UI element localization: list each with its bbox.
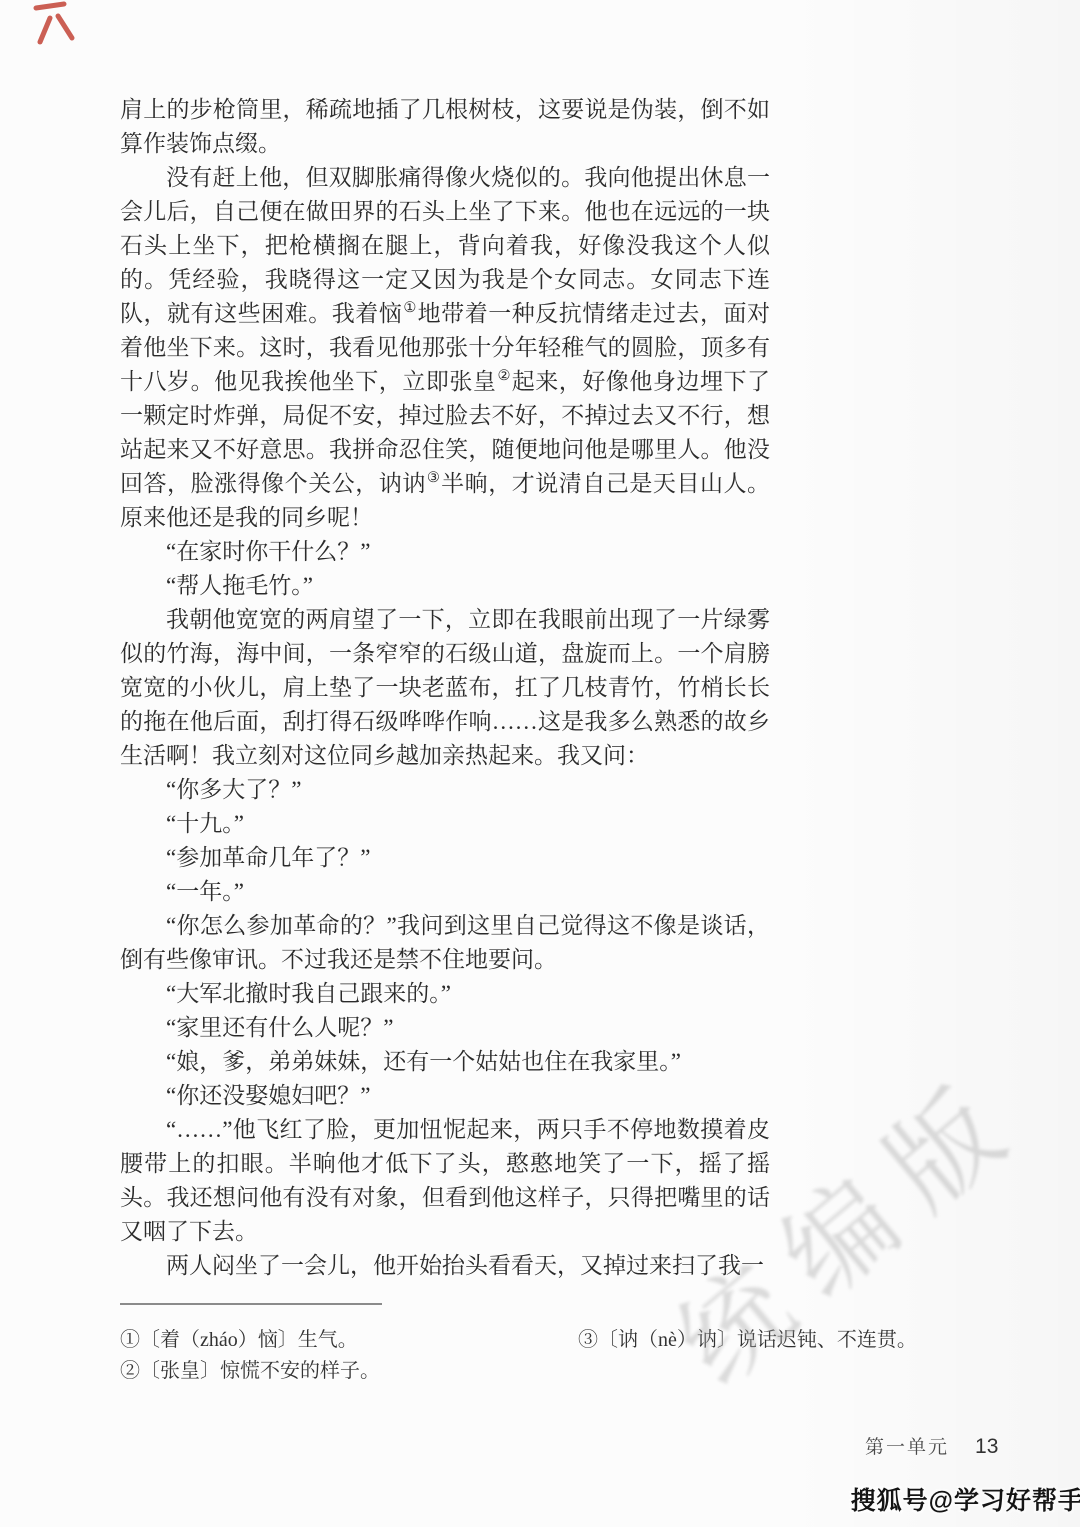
- paragraph: “……”他飞红了脸，更加忸怩起来，两只手不停地数摸着皮腰带上的扣眼。半晌他才低下…: [120, 1113, 770, 1249]
- dialog-line: “你多大了？”: [120, 773, 770, 807]
- lesson-body: 肩上的步枪筒里，稀疏地插了几根树枝，这要说是伪装，倒不如算作装饰点缀。 没有赶上…: [120, 93, 770, 1283]
- textbook-page: 肩上的步枪筒里，稀疏地插了几根树枝，这要说是伪装，倒不如算作装饰点缀。 没有赶上…: [0, 0, 1080, 1527]
- page-number: 13: [975, 1435, 998, 1458]
- footnote-divider: [120, 1303, 382, 1305]
- page-footer: 第一单元13: [865, 1432, 998, 1459]
- footnote-ref-2: ②: [496, 368, 511, 384]
- unit-label: 第一单元: [865, 1437, 949, 1458]
- paragraph: 肩上的步枪筒里，稀疏地插了几根树枝，这要说是伪装，倒不如算作装饰点缀。: [120, 93, 770, 161]
- dialog-line: “在家时你干什么？”: [120, 535, 770, 569]
- dialog-line: “一年。”: [120, 875, 770, 909]
- footnote-3: ③〔讷（nè）讷〕说话迟钝、不连贯。: [578, 1325, 998, 1356]
- sohu-watermark: 搜狐号@学习好帮手: [851, 1481, 1080, 1517]
- paragraph: 没有赶上他，但双脚胀痛得像火烧似的。我向他提出休息一会儿后，自己便在做田界的石头…: [120, 161, 770, 535]
- footnote-ref-3: ③: [426, 470, 441, 486]
- paragraph: 我朝他宽宽的两肩望了一下，立即在我眼前出现了一片绿雾似的竹海，海中间，一条窄窄的…: [120, 603, 770, 773]
- paragraph: 两人闷坐了一会儿，他开始抬头看看天，又掉过来扫了我一: [120, 1249, 770, 1283]
- dialog-line: “娘，爹，弟弟妹妹，还有一个姑姑也住在我家里。”: [120, 1045, 770, 1079]
- red-corner-marks-icon: [20, 0, 100, 56]
- footnote-1: ①〔着（zháo）恼〕生气。: [120, 1325, 540, 1356]
- footnotes-left-column: ①〔着（zháo）恼〕生气。 ②〔张皇〕惊慌不安的样子。: [120, 1325, 540, 1387]
- dialog-line: “十九。”: [120, 807, 770, 841]
- dialog-line: “参加革命几年了？”: [120, 841, 770, 875]
- dialog-line: “帮人拖毛竹。”: [120, 569, 770, 603]
- footnote-ref-1: ①: [402, 300, 417, 316]
- footnote-2: ②〔张皇〕惊慌不安的样子。: [120, 1356, 540, 1387]
- dialog-line: “家里还有什么人呢？”: [120, 1011, 770, 1045]
- footnotes-right-column: ③〔讷（nè）讷〕说话迟钝、不连贯。: [578, 1325, 998, 1356]
- paragraph: “你怎么参加革命的？”我问到这里自己觉得这不像是谈话，倒有些像审讯。不过我还是禁…: [120, 909, 770, 977]
- dialog-line: “大军北撤时我自己跟来的。”: [120, 977, 770, 1011]
- dialog-line: “你还没娶媳妇吧？”: [120, 1079, 770, 1113]
